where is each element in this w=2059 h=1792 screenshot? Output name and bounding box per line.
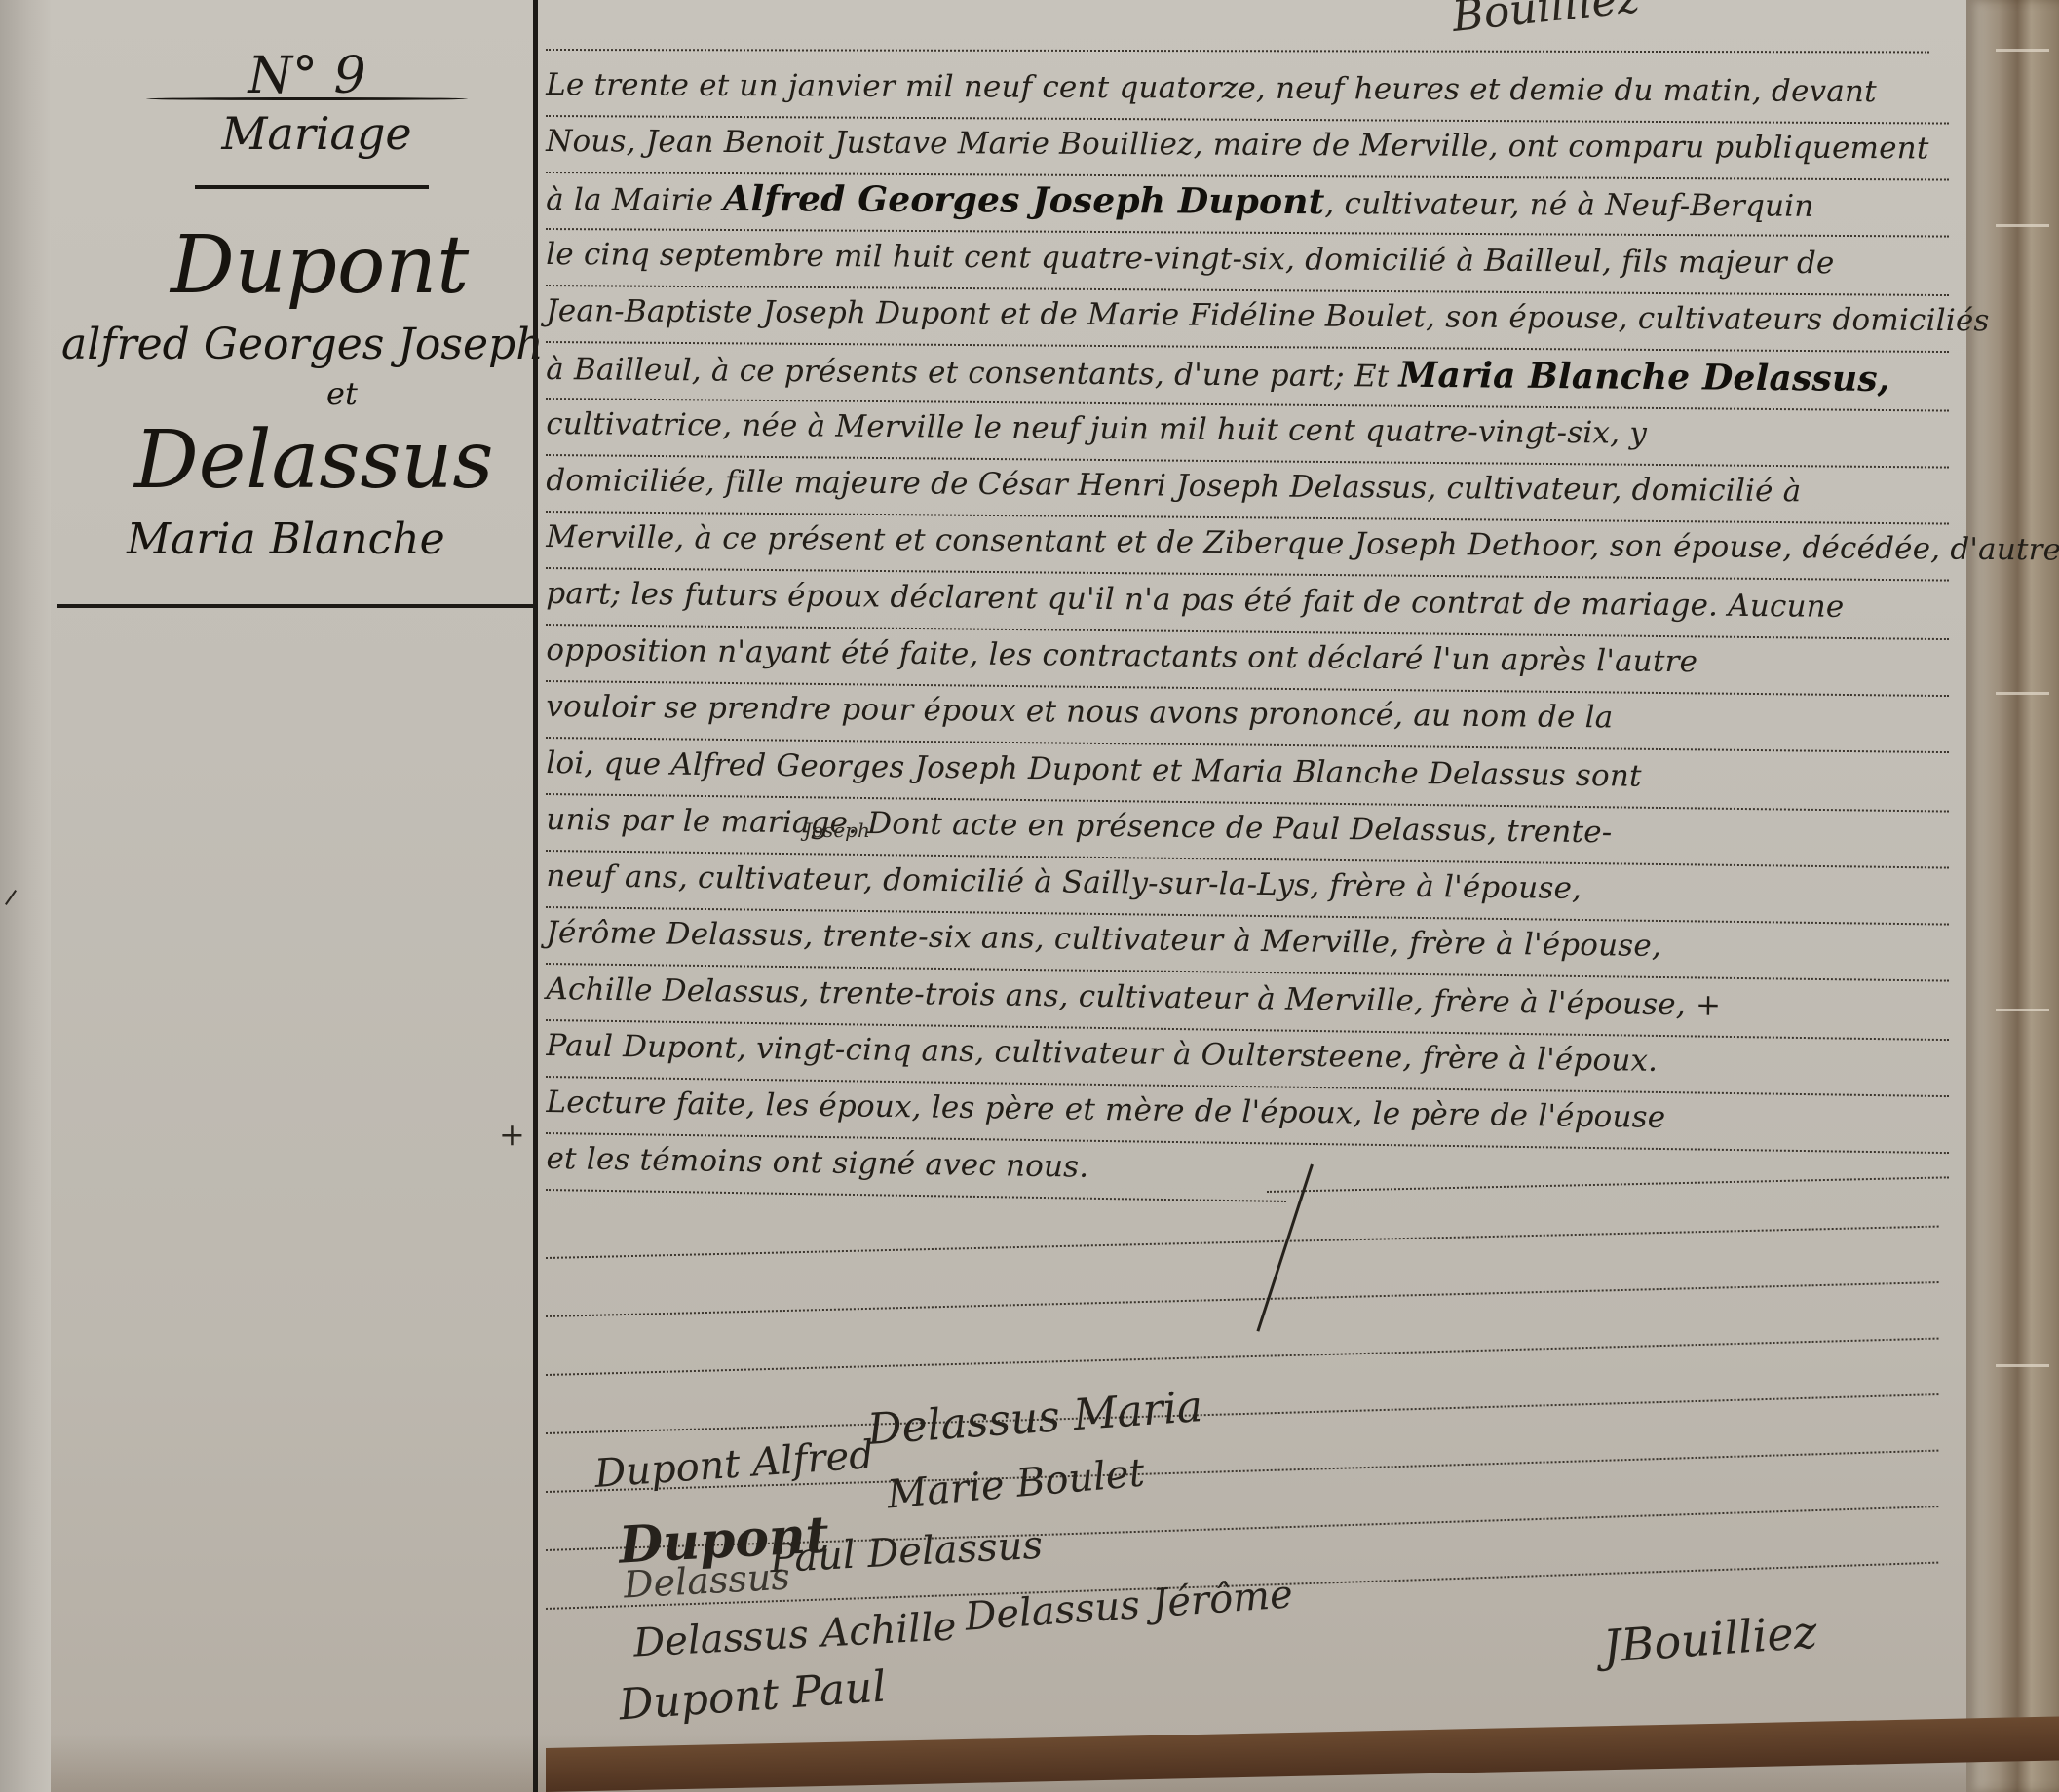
insertion-mark: +: [499, 1116, 525, 1153]
margin-groom-given-names: alfred Georges Joseph: [61, 320, 544, 369]
signature-bride-father: Delassus: [623, 1555, 791, 1607]
body-line-3: à la Mairie Alfred Georges Joseph Dupont…: [546, 172, 1949, 238]
signature-witness-jerome: Delassus Jérôme: [964, 1572, 1294, 1639]
margin-bride-given-names: Maria Blanche: [127, 515, 445, 564]
margin-divider: [57, 604, 534, 608]
margin-conjunction: et: [326, 375, 358, 412]
ruled-line: [546, 1338, 1939, 1376]
signature-bride: Delassus Maria: [866, 1382, 1204, 1455]
margin-bride-surname: Delassus: [134, 414, 493, 507]
signature-mayor: JBouilliez: [1601, 1605, 1818, 1672]
body-line-2: Nous, Jean Benoit Justave Marie Bouillie…: [546, 115, 1949, 181]
signature-witness-paul-dupont: Dupont Paul: [618, 1661, 888, 1730]
bride-full-name: Maria Blanche Delassus,: [1398, 355, 1889, 400]
ruled-line: [546, 1393, 1938, 1434]
ruled-line: [546, 49, 1929, 53]
signature-witness-achille: Delassus Achille: [632, 1604, 958, 1665]
body-line-3-start: à la Mairie: [546, 182, 713, 218]
ruled-line: [546, 1226, 1939, 1259]
act-body: Bouilliez Le trente et un janvier mil ne…: [546, 0, 1988, 1792]
body-line-20: et les témoins ont signé avec nous.: [546, 1132, 1287, 1202]
facing-page-edge: [0, 0, 52, 1792]
act-type-rule: [195, 185, 429, 189]
ruled-line: [1267, 1176, 1949, 1193]
interlinear-insertion: Joseph: [804, 819, 870, 842]
ink-mark: [5, 890, 17, 905]
act-number: N° 9: [146, 47, 468, 105]
margin-groom-surname: Dupont: [171, 219, 469, 312]
body-line-1: Le trente et un janvier mil neuf cent qu…: [546, 58, 1949, 125]
act-type: Mariage: [180, 107, 453, 160]
groom-full-name: Alfred Georges Joseph Dupont: [723, 178, 1324, 222]
body-line-6-start: à Bailleul, à ce présents et consentants…: [546, 352, 1389, 395]
previous-act-signature-fragment: Bouilliez: [1450, 0, 1642, 42]
act-number-underline: [146, 97, 468, 100]
groom-details: , cultivateur, né à Neuf-Berquin: [1324, 186, 1813, 224]
ruled-line: [546, 1281, 1939, 1317]
column-divider: [533, 0, 538, 1792]
signature-groom-mother: Marie Boulet: [885, 1451, 1146, 1518]
